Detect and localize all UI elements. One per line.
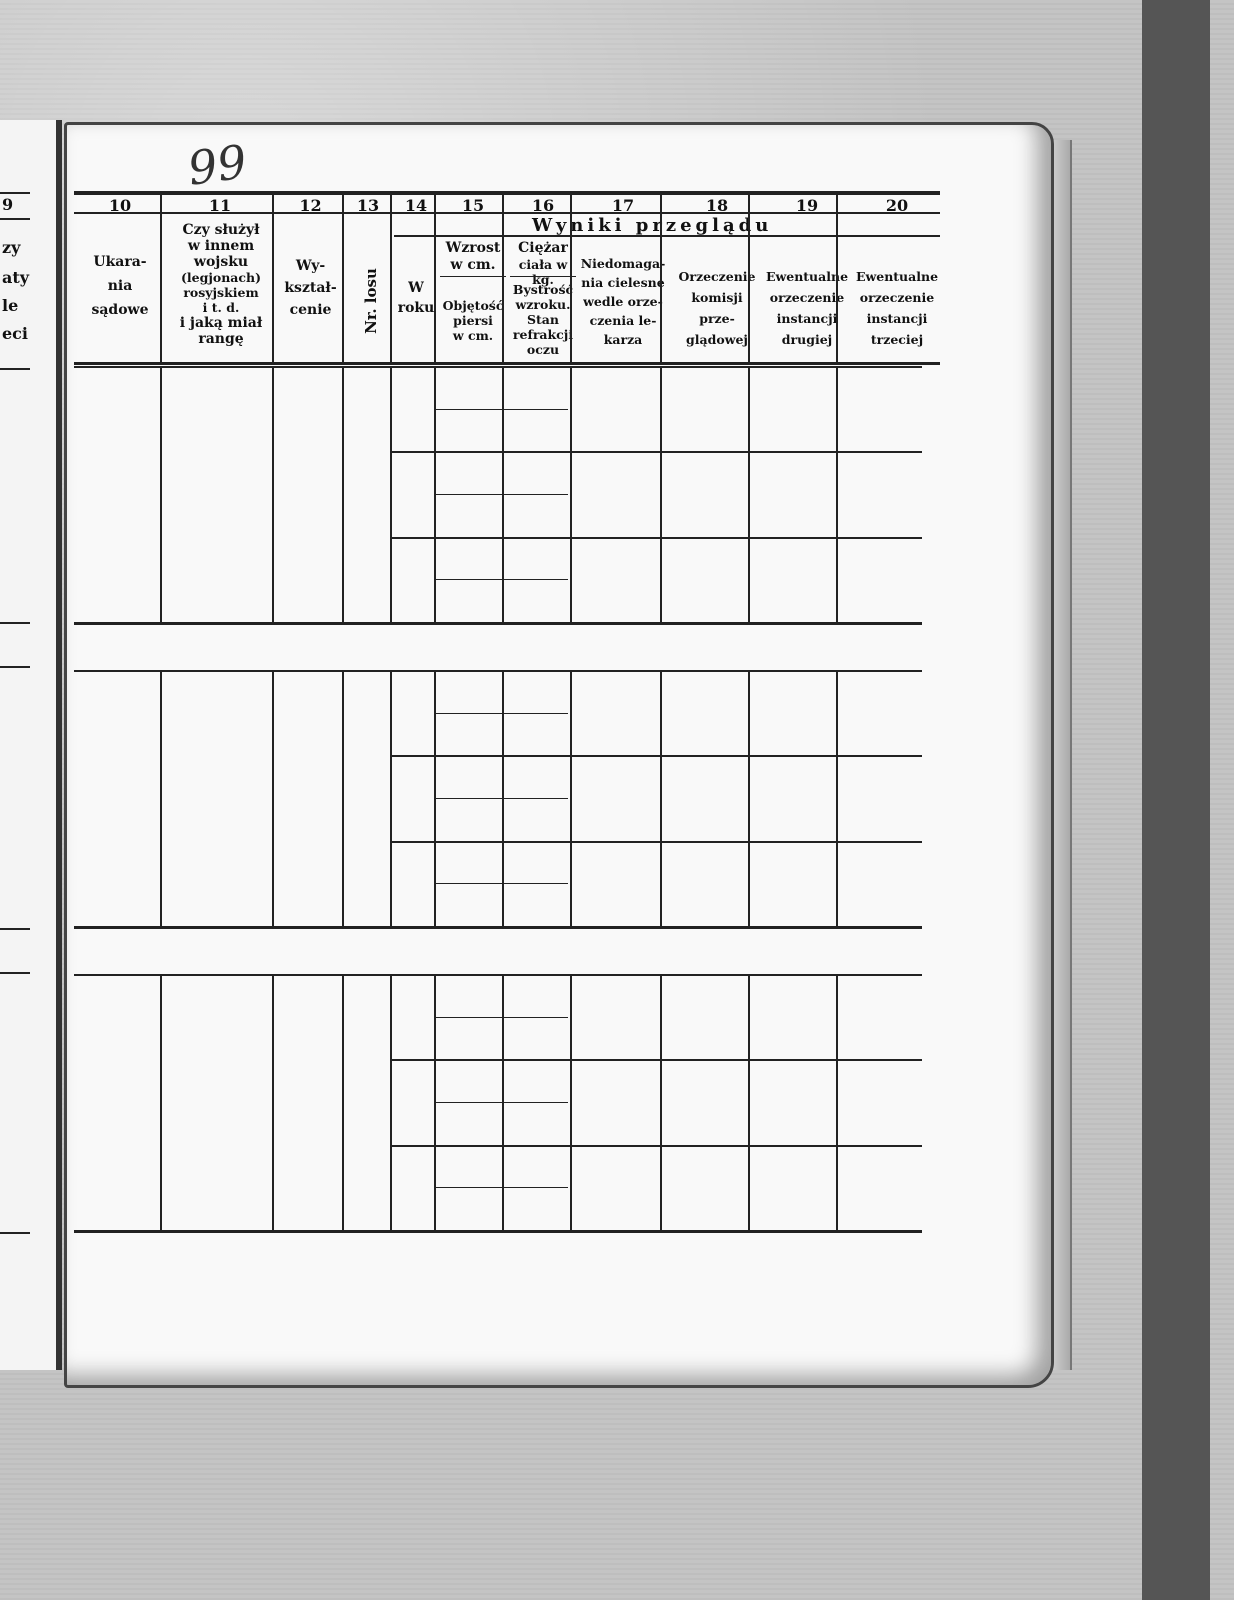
- header-col-16-top: Ciężar ciała w kg.: [510, 240, 576, 287]
- col-num-14: 14: [394, 196, 438, 215]
- subrow-rule: [390, 1145, 922, 1147]
- header-col-10: Ukara- nia sądowe: [80, 250, 160, 322]
- hdr-line: Bystrość: [510, 282, 576, 297]
- column-divider: [390, 974, 392, 1230]
- hdr-line: wojsku: [165, 254, 277, 270]
- column-divider: [342, 670, 344, 926]
- column-divider: [836, 974, 838, 1230]
- column-divider: [502, 195, 504, 365]
- left-fragment-text: le: [2, 296, 18, 315]
- hdr-line: trzeciej: [852, 329, 942, 350]
- hdr-line: orzeczenie: [762, 287, 852, 308]
- col-num-17: 17: [578, 196, 668, 215]
- col-num-16: 16: [510, 196, 576, 215]
- column-divider: [836, 366, 838, 622]
- hdr-line: wedle orze-: [578, 292, 668, 311]
- left-rule: [0, 1232, 30, 1234]
- left-page-fragment: 9 zy aty le eci: [0, 120, 62, 1370]
- col-num-10: 10: [80, 196, 160, 215]
- hdr-line: kształ-: [278, 277, 343, 299]
- left-fragment-text: zy: [2, 238, 20, 257]
- hdr-line: (legjonach): [165, 270, 277, 285]
- hdr-line: piersi: [440, 313, 506, 328]
- half-row-rule: [436, 409, 568, 410]
- hdr-line: nia: [80, 274, 160, 298]
- block-top-rule: [74, 366, 922, 368]
- left-rule: [0, 192, 30, 194]
- left-rule: [0, 972, 30, 974]
- column-divider: [342, 195, 344, 365]
- column-divider: [570, 366, 572, 622]
- half-row-rule: [436, 579, 568, 580]
- column-divider: [570, 670, 572, 926]
- left-rule: [0, 928, 30, 930]
- hdr-line: Objętość: [440, 298, 506, 313]
- block-bottom-rule: [74, 622, 922, 625]
- header-col-15-bottom: Objętość piersi w cm.: [440, 298, 506, 343]
- top-thick-rule: [74, 191, 940, 195]
- column-divider: [272, 195, 274, 365]
- left-rule: [0, 368, 30, 370]
- column-divider: [748, 366, 750, 622]
- column-divider: [660, 366, 662, 622]
- block-bottom-rule: [74, 926, 922, 929]
- header-col-20: Ewentualne orzeczenie instancji trzeciej: [852, 266, 942, 350]
- hdr-line: Ewentualne: [762, 266, 852, 287]
- subrow-rule: [390, 841, 922, 843]
- column-divider: [836, 670, 838, 926]
- block-bottom-rule: [74, 1230, 922, 1233]
- hdr-line: Niedomaga-: [578, 254, 668, 273]
- half-row-rule: [436, 713, 568, 714]
- column-divider: [342, 974, 344, 1230]
- hdr-line: orzeczenie: [852, 287, 942, 308]
- header-col-14: W roku: [394, 278, 438, 318]
- hdr-line: sądowe: [80, 298, 160, 322]
- half-row-rule: [436, 1187, 568, 1188]
- hdr-line: W: [394, 278, 438, 298]
- hdr-line: instancji: [852, 308, 942, 329]
- column-divider: [660, 974, 662, 1230]
- column-divider: [660, 195, 662, 365]
- column-divider: [390, 366, 392, 622]
- hdr-line: drugiej: [762, 329, 852, 350]
- hdr-line: Czy służył: [165, 222, 277, 238]
- half-row-rule: [436, 883, 568, 884]
- hdr-line: roku: [394, 298, 438, 318]
- header-col-13: Nr. losu: [362, 268, 380, 334]
- hdr-line: Stan: [510, 312, 576, 327]
- column-divider: [390, 195, 392, 365]
- column-divider: [272, 670, 274, 926]
- split-rule: [440, 276, 506, 277]
- column-divider: [836, 195, 838, 365]
- column-divider: [390, 670, 392, 926]
- column-divider: [434, 195, 436, 365]
- col-num-15: 15: [440, 196, 506, 215]
- subrow-rule: [390, 1059, 922, 1061]
- header-col-15-top: Wzrost w cm.: [440, 240, 506, 274]
- subrow-rule: [390, 537, 922, 539]
- column-divider: [748, 670, 750, 926]
- col-num-19: 19: [762, 196, 852, 215]
- scanner-shadow: [1142, 0, 1210, 1600]
- hdr-line: Wy-: [278, 255, 343, 277]
- column-divider: [748, 974, 750, 1230]
- left-rule: [0, 622, 30, 624]
- hdr-line: w cm.: [440, 328, 506, 343]
- column-divider: [160, 195, 162, 365]
- handwritten-page-number: 99: [185, 134, 250, 196]
- hdr-line: w innem: [165, 238, 277, 254]
- left-rule: [0, 666, 30, 668]
- column-divider: [342, 366, 344, 622]
- column-divider: [160, 366, 162, 622]
- hdr-line: cenie: [278, 299, 343, 321]
- hdr-line: refrakcji: [510, 327, 576, 342]
- column-divider: [570, 195, 572, 365]
- column-divider: [160, 974, 162, 1230]
- left-rule: [0, 218, 30, 220]
- hdr-line: wzroku.: [510, 297, 576, 312]
- hdr-line: instancji: [762, 308, 852, 329]
- split-rule: [510, 276, 576, 277]
- half-row-rule: [436, 798, 568, 799]
- hdr-line: rosyjskiem: [165, 285, 277, 300]
- hdr-line: w cm.: [440, 257, 506, 274]
- hdr-line: karza: [578, 330, 668, 349]
- hdr-line: i jaką miał: [165, 315, 277, 331]
- left-fragment-text: aty: [2, 268, 29, 287]
- col-num-13: 13: [346, 196, 390, 215]
- header-col-17: Niedomaga- nia cielesne wedle orze- czen…: [578, 254, 668, 349]
- group-header-wyniki: Wyniki przeglądu: [532, 215, 772, 236]
- header-bottom-rule: [74, 362, 940, 365]
- half-row-rule: [436, 1017, 568, 1018]
- half-row-rule: [436, 494, 568, 495]
- half-row-rule: [436, 1102, 568, 1103]
- hdr-line: Wzrost: [440, 240, 506, 257]
- column-divider: [272, 366, 274, 622]
- hdr-line: rangę: [165, 331, 277, 347]
- column-divider: [660, 670, 662, 926]
- block-top-rule: [74, 670, 922, 672]
- hdr-line: Ukara-: [80, 250, 160, 274]
- hdr-line: Ewentualne: [852, 266, 942, 287]
- hdr-line: nia cielesne: [578, 273, 668, 292]
- subrow-rule: [390, 755, 922, 757]
- hdr-line: czenia le-: [578, 311, 668, 330]
- block-top-rule: [74, 974, 922, 976]
- column-divider: [748, 195, 750, 365]
- left-fragment-num: 9: [2, 195, 13, 214]
- col-num-12: 12: [278, 196, 343, 215]
- header-col-19: Ewentualne orzeczenie instancji drugiej: [762, 266, 852, 350]
- column-divider: [570, 974, 572, 1230]
- column-divider: [160, 670, 162, 926]
- header-col-11: Czy służył w innem wojsku (legjonach) ro…: [165, 222, 277, 347]
- header-col-12: Wy- kształ- cenie: [278, 255, 343, 321]
- hdr-line: Ciężar: [510, 240, 576, 257]
- left-fragment-text: eci: [2, 324, 28, 343]
- header-col-16-bottom: Bystrość wzroku. Stan refrakcji oczu: [510, 282, 576, 357]
- column-divider: [272, 974, 274, 1230]
- subrow-rule: [390, 451, 922, 453]
- col-num-20: 20: [852, 196, 942, 215]
- hdr-line: i t. d.: [165, 300, 277, 315]
- col-num-11: 11: [165, 196, 275, 215]
- hdr-line: oczu: [510, 342, 576, 357]
